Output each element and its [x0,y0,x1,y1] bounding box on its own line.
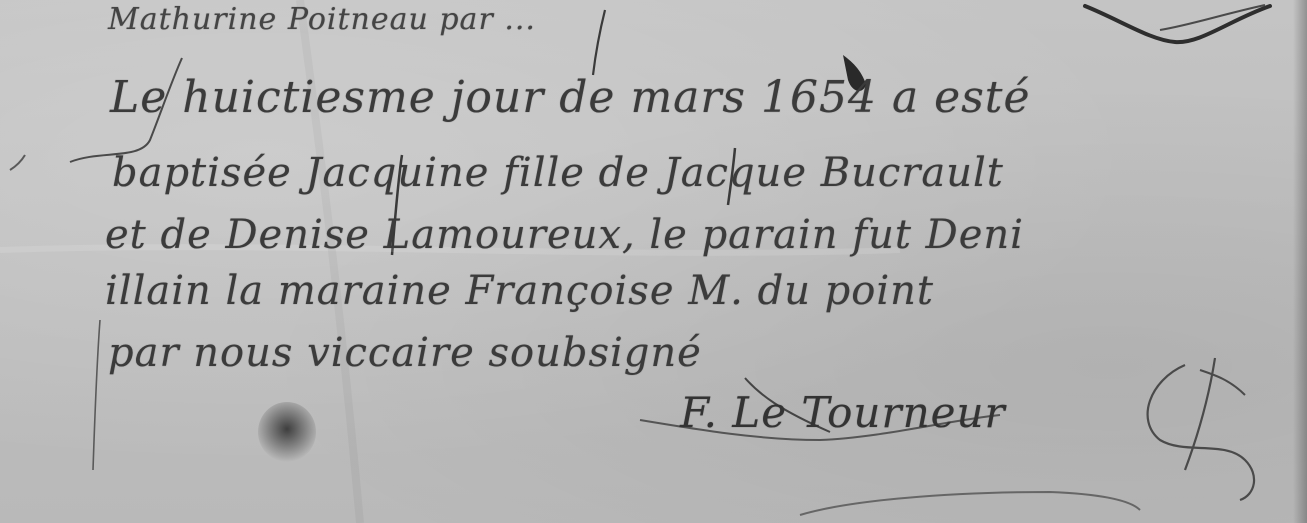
manuscript-line: et de Denise Lamoureux, le parain fut De… [105,212,1024,258]
manuscript-line: par nous viccaire soubsigné [108,330,702,376]
signature: F. Le Tourneur [680,388,1006,437]
manuscript-line: illain la maraine Françoise M. du point [105,268,934,314]
manuscript-line: Le huictiesme jour de mars 1654 a esté [110,72,1031,123]
manuscript-line: baptisée Jacquine fille de Jacque Bucrau… [112,150,1004,196]
manuscript-line: Mathurine Poitneau par ... [108,2,536,37]
page-edge-shadow [1293,0,1307,523]
ink-blot [258,402,316,462]
manuscript-page: Mathurine Poitneau par ... Le huictiesme… [0,0,1307,523]
